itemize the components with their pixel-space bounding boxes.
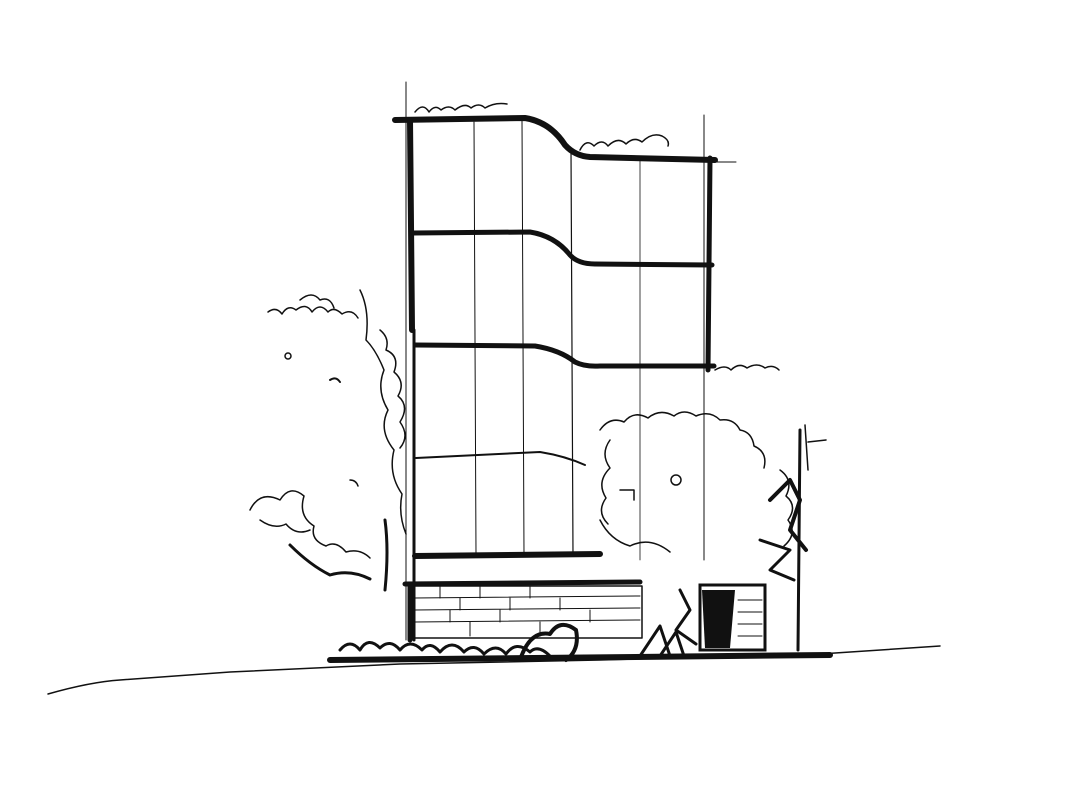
building-sketch bbox=[0, 0, 1080, 810]
building bbox=[392, 82, 740, 640]
ground bbox=[48, 625, 940, 694]
annex bbox=[700, 425, 826, 650]
left-tree bbox=[250, 290, 406, 590]
